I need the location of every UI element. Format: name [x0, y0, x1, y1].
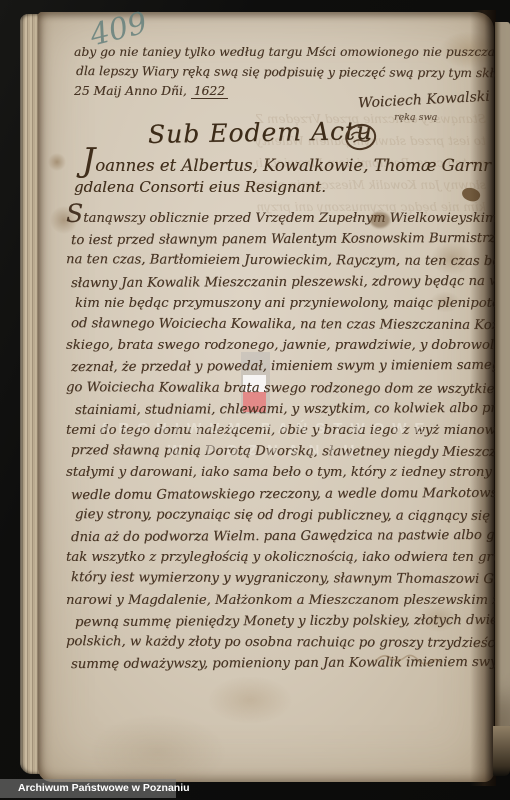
manuscript-line: to iest przed sławnym panem Walentym Kos… — [66, 228, 484, 251]
manuscript-line: skiego, brata swego rodzonego, jawnie, p… — [66, 335, 484, 356]
manuscript-line: wedle domu Gmatowskiego rzeczony, a wedl… — [66, 483, 484, 506]
manuscript-line: który iest wymierzony y wygraniczony, sł… — [66, 568, 484, 591]
manuscript-line: stałymi y darowani, iako sama beło o tym… — [66, 462, 484, 483]
manuscript-line: kim nie będąc przymuszony ani przyniewol… — [66, 293, 484, 314]
closing-line: aby go nie taniey tylko według targu Mśc… — [74, 43, 474, 63]
page-fold-shadow — [470, 10, 496, 786]
section-heading: Sub Eodem Actu — [148, 116, 374, 149]
manuscript-line: giey strony, poczynaiąc się od drogi pub… — [66, 504, 484, 527]
manuscript-line: tak wszytko z przyległością y okolicznoś… — [66, 547, 484, 568]
record-title-line1: Joannes et Albertus, Kowalkowie, Thomæ G… — [82, 150, 510, 175]
year-value: 1622 — [191, 84, 228, 99]
manuscript-line: pewną summę pieniędzy Monety y liczby po… — [66, 610, 484, 633]
manuscript-line: sławny Jan Kowalik Mieszczanin pleszewsk… — [66, 271, 484, 294]
signature-sub: ręką swą — [394, 112, 437, 123]
next-page-edge — [495, 22, 510, 728]
manuscript-line: go Woiciecha Kowalika brata swego rodzon… — [66, 377, 484, 400]
manuscript-page: Stanąwszy oblicznie przed Vrzędem Zupełn… — [38, 12, 494, 782]
manuscript-line: stainiami, studniami, chlewami, y wszytk… — [66, 398, 484, 421]
manuscript-line: zeznał, że przedał y powedał, imieniem s… — [66, 355, 484, 378]
archive-watermark: ARCHIWUM PAŃSTWOWE W POZNANIU — [38, 420, 494, 459]
pen-flourish-icon — [373, 648, 443, 674]
record-title-line2: gdalena Consorti eius Resignant. — [74, 178, 326, 196]
next-page-corner — [493, 726, 510, 776]
manuscript-line: na ten czas, Bartłomieiem Jurowieckim, R… — [66, 249, 484, 272]
closing-line: dla lepszy Wiary ręką swą się podpisuię … — [74, 61, 474, 83]
ink-smudge — [370, 212, 390, 228]
closing-date-text: 25 Maij Anno Dñi, — [74, 84, 187, 98]
manuscript-line: Stanąwszy oblicznie przed Vrzędem Zupełn… — [66, 208, 484, 229]
manuscript-photo: Stanąwszy oblicznie przed Vrzędem Zupełn… — [0, 0, 510, 800]
archive-caption: Archiwum Państwowe w Poznaniu — [0, 779, 176, 798]
manuscript-line: narowi y Magdalenie, Małżonkom a Mieszcz… — [66, 590, 484, 611]
watermark-line2: W POZNANIU — [38, 442, 494, 459]
watermark-line1: ARCHIWUM PAŃSTWOWE — [38, 420, 494, 437]
manuscript-line: dnia aż do podworza Wielm. pana Gawędzic… — [66, 525, 484, 548]
manuscript-line: od sławnego Woiciecha Kowalika, na ten c… — [66, 313, 484, 336]
